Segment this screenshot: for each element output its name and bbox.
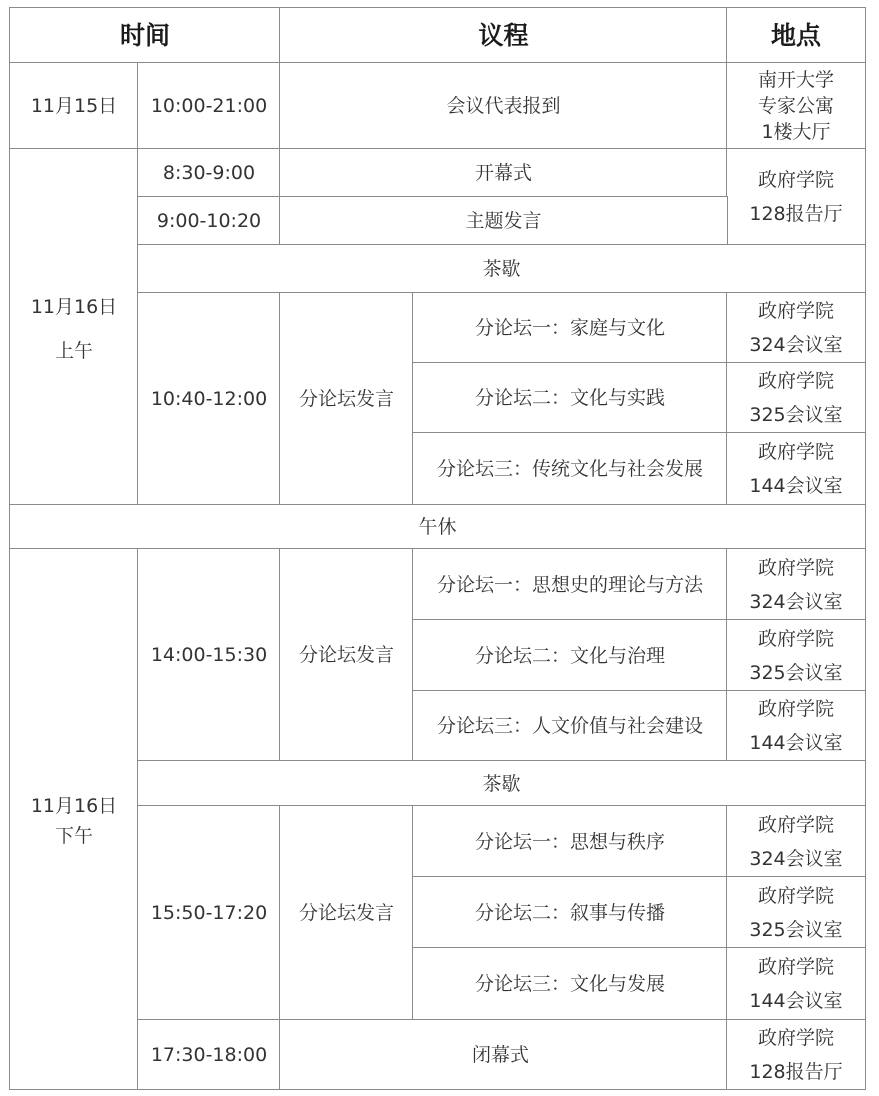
afternoon2-forum-1: 分论坛一：思想与秩序 (412, 805, 728, 878)
afternoon-forums1-label: 分论坛发言 (279, 548, 414, 762)
opening-time: 8:30-9:00 (137, 148, 281, 198)
afternoon-forums1-label-text: 分论坛发言 (299, 637, 394, 673)
afternoon2-forum-2-title: 分论坛二：叙事与传播 (475, 898, 665, 928)
morning-forum-2: 分论坛二：文化与实践 (412, 362, 728, 434)
keynote-time-label: 9:00-10:20 (157, 203, 261, 239)
morning-forum-1-location-label: 政府学院 324会议室 (749, 294, 842, 362)
closing-location: 政府学院 128报告厅 (726, 1019, 866, 1090)
closing-time-label: 17:30-18:00 (151, 1037, 267, 1073)
header-location-label: 地点 (771, 18, 821, 54)
header-agenda: 议程 (279, 7, 728, 64)
day1-location-label: 南开大学 专家公寓 1楼大厅 (758, 67, 834, 145)
afternoon-tea-break: 茶歇 (137, 760, 866, 807)
afternoon2-forum-1-location: 政府学院 324会议室 (726, 805, 866, 878)
day1-agenda-label: 会议代表报到 (446, 88, 560, 124)
afternoon2-forum-2: 分论坛二：叙事与传播 (412, 876, 728, 949)
afternoon2-forum-2-location-label: 政府学院 325会议室 (749, 879, 842, 947)
closing-agenda: 闭幕式 (279, 1019, 728, 1090)
opening-location: 政府学院 128报告厅 (726, 148, 866, 246)
opening-location-label: 政府学院 128报告厅 (749, 163, 842, 231)
afternoon2-forum-3-location: 政府学院 144会议室 (726, 947, 866, 1021)
morning-date: 11月16日 上午 (9, 148, 139, 506)
afternoon-forums2-label: 分论坛发言 (279, 805, 414, 1021)
afternoon1-forum-3-title: 分论坛三：人文价值与社会建设 (437, 711, 703, 741)
lunch-break-label: 午休 (418, 509, 456, 545)
morning-forum-2-location-label: 政府学院 325会议室 (749, 364, 842, 432)
afternoon1-forum-3-location: 政府学院 144会议室 (726, 690, 866, 762)
morning-date-label: 11月16日 上午 (31, 285, 117, 373)
lunch-break: 午休 (9, 504, 866, 550)
afternoon1-forum-2-title: 分论坛二：文化与治理 (475, 641, 665, 671)
morning-tea-break-label: 茶歇 (482, 251, 520, 287)
morning-forum-3-location-label: 政府学院 144会议室 (749, 435, 842, 503)
afternoon1-forum-2-location-label: 政府学院 325会议室 (749, 622, 842, 690)
day1-date: 11月15日 (9, 62, 139, 150)
afternoon-forums2-time: 15:50-17:20 (137, 805, 281, 1021)
afternoon-tea-break-label: 茶歇 (482, 766, 520, 802)
opening-agenda: 开幕式 (279, 148, 728, 198)
morning-tea-break: 茶歇 (137, 244, 866, 294)
afternoon1-forum-1-title: 分论坛一：思想史的理论与方法 (437, 570, 703, 600)
day1-location: 南开大学 专家公寓 1楼大厅 (726, 62, 866, 150)
afternoon-forums2-time-label: 15:50-17:20 (151, 895, 267, 931)
morning-forum-1-title: 分论坛一：家庭与文化 (475, 313, 665, 343)
afternoon-forums1-time-label: 14:00-15:30 (151, 637, 267, 673)
keynote-time: 9:00-10:20 (137, 196, 281, 246)
morning-forums-time-label: 10:40-12:00 (151, 381, 267, 417)
header-agenda-label: 议程 (478, 18, 528, 54)
keynote-agenda-label: 主题发言 (465, 203, 541, 239)
afternoon2-forum-3-title: 分论坛三：文化与发展 (475, 969, 665, 999)
afternoon1-forum-3: 分论坛三：人文价值与社会建设 (412, 690, 728, 762)
morning-forum-3-location: 政府学院 144会议室 (726, 432, 866, 506)
closing-location-label: 政府学院 128报告厅 (749, 1021, 842, 1089)
morning-forum-3-title: 分论坛三：传统文化与社会发展 (437, 454, 703, 484)
afternoon2-forum-3: 分论坛三：文化与发展 (412, 947, 728, 1021)
afternoon2-forum-1-location-label: 政府学院 324会议室 (749, 808, 842, 876)
afternoon-forums1-time: 14:00-15:30 (137, 548, 281, 762)
morning-forum-2-title: 分论坛二：文化与实践 (475, 383, 665, 413)
day1-agenda: 会议代表报到 (279, 62, 728, 150)
opening-agenda-label: 开幕式 (475, 155, 532, 191)
morning-forum-3: 分论坛三：传统文化与社会发展 (412, 432, 728, 506)
afternoon2-forum-3-location-label: 政府学院 144会议室 (749, 950, 842, 1018)
header-time: 时间 (9, 7, 281, 64)
afternoon1-forum-1-location-label: 政府学院 324会议室 (749, 551, 842, 619)
morning-forums-label-text: 分论坛发言 (299, 381, 394, 417)
afternoon1-forum-3-location-label: 政府学院 144会议室 (749, 692, 842, 760)
keynote-agenda: 主题发言 (279, 196, 728, 246)
morning-forums-label: 分论坛发言 (279, 292, 414, 506)
opening-time-label: 8:30-9:00 (163, 155, 255, 191)
afternoon1-forum-1-location: 政府学院 324会议室 (726, 548, 866, 621)
afternoon2-forum-1-title: 分论坛一：思想与秩序 (475, 827, 665, 857)
afternoon-forums2-label-text: 分论坛发言 (299, 895, 394, 931)
morning-forum-1: 分论坛一：家庭与文化 (412, 292, 728, 364)
morning-forum-2-location: 政府学院 325会议室 (726, 362, 866, 434)
day1-time: 10:00-21:00 (137, 62, 281, 150)
closing-time: 17:30-18:00 (137, 1019, 281, 1090)
afternoon-date-label: 11月16日 下午 (31, 791, 117, 851)
afternoon1-forum-2: 分论坛二：文化与治理 (412, 619, 728, 692)
closing-agenda-label: 闭幕式 (472, 1037, 529, 1073)
header-location: 地点 (726, 7, 866, 64)
afternoon2-forum-2-location: 政府学院 325会议室 (726, 876, 866, 949)
afternoon1-forum-2-location: 政府学院 325会议室 (726, 619, 866, 692)
morning-forums-time: 10:40-12:00 (137, 292, 281, 506)
day1-date-label: 11月15日 (31, 88, 117, 124)
afternoon1-forum-1: 分论坛一：思想史的理论与方法 (412, 548, 728, 621)
day1-time-label: 10:00-21:00 (151, 88, 267, 124)
morning-forum-1-location: 政府学院 324会议室 (726, 292, 866, 364)
header-time-label: 时间 (120, 18, 170, 54)
afternoon-date: 11月16日 下午 (9, 548, 139, 1090)
